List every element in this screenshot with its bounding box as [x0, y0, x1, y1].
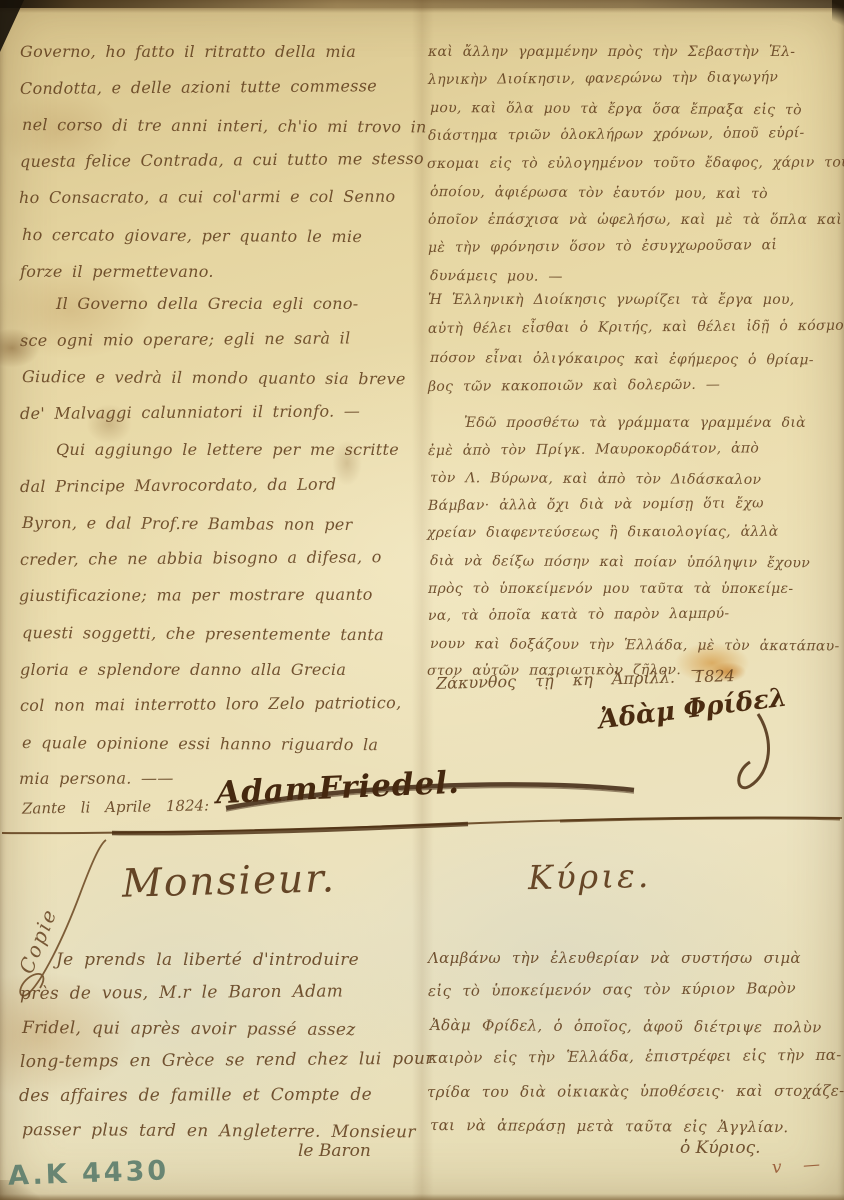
handwritten-line: des affaires de famille et Compte de — [19, 1078, 431, 1113]
handwritten-line: creder, che ne abbia bisogno a difesa, o — [20, 539, 426, 579]
handwritten-line: ται νὰ ἀπεράσῃ μετὰ ταῦτα εἰς Ἀγγλίαν. — [430, 1109, 840, 1145]
french-note-closing: le Baron — [298, 1141, 371, 1161]
handwritten-line: Condotta, e delle azioni tutte commesse — [20, 67, 426, 107]
handwritten-line: πρὸς τὸ ὑποκείμενόν μου ταῦτα τὰ ὑποκείμ… — [428, 576, 838, 604]
handwritten-line: passer plus tard en Angleterre. Monsieur — [22, 1113, 434, 1150]
handwritten-line: Ἐδῶ προσθέτω τὰ γράμματα γραμμένα διὰ — [428, 410, 838, 438]
handwritten-line: de' Malvaggi calunniatori il trionfo. — — [20, 393, 426, 433]
handwritten-line: Ἡ Ἑλληνικὴ Διοίκησις γνωρίζει τὰ ἔργα μο… — [428, 286, 838, 315]
page-top-edge — [0, 0, 844, 8]
handwritten-line: ho cercato giovare, per quanto le mie — [22, 217, 428, 256]
page-corner-top-right — [832, 0, 844, 30]
handwritten-line: ὁποῖον ἐπάσχισα νὰ ὠφελήσω, καὶ μὲ τὰ ὅπ… — [428, 206, 838, 234]
handwritten-line: giustificazione; ma per mostrare quanto — [19, 577, 425, 615]
handwritten-line: près de vous, M.r le Baron Adam — [20, 974, 432, 1011]
handwritten-line: Βάμβαν· ἀλλὰ ὄχι διὰ νὰ νομίσῃ ὅτι ἔχω — [428, 490, 838, 521]
italian-paragraph-1: Governo, ho fatto il ritratto della miaC… — [20, 34, 426, 290]
handwritten-line: e quale opinione essi hanno riguardo la — [22, 725, 428, 764]
handwritten-line: col non mai interrotto loro Zelo patriot… — [20, 685, 426, 725]
page-top-edge-shadow — [0, 8, 844, 13]
handwritten-line: Λαμβάνω τὴν ἐλευθερίαν νὰ συστήσω σιμὰ — [428, 942, 838, 975]
adam-friedel-greek-signature: Ἀδὰμ Φρίδελ — [597, 683, 789, 736]
archive-number-pencil: A.K 4430 — [8, 1155, 170, 1192]
handwritten-line: questi soggetti, che presentemente tanta — [22, 615, 428, 654]
french-note-body: Je prends la liberté d'introduireprès de… — [20, 943, 432, 1147]
manuscript-page: Governo, ho fatto il ritratto della miaC… — [0, 0, 844, 1200]
page-bottom-edge — [0, 1194, 844, 1200]
handwritten-line: τρίδα του διὰ οἰκιακὰς ὑποθέσεις· καὶ στ… — [427, 1074, 837, 1109]
handwritten-line: ho Consacrato, a cui col'armi e col Senn… — [19, 179, 425, 217]
handwritten-line: αὐτὴ θέλει εἶσθαι ὁ Κριτής, καὶ θέλει ἰδ… — [428, 312, 838, 344]
handwritten-line: διάστημα τριῶν ὁλοκλήρων χρόνων, ὁποῦ εὑ… — [428, 119, 838, 150]
handwritten-line: να, τὰ ὁποῖα κατὰ τὸ παρὸν λαμπρύ- — [428, 600, 838, 631]
handwritten-line: καιρὸν εἰς τὴν Ἑλλάδα, ἐπιστρέφει εἰς τὴ… — [428, 1039, 838, 1076]
greek-signature-flourish — [728, 710, 788, 800]
handwritten-line: ληνικὴν Διοίκησιν, φανερώνω τὴν διαγωγήν — [428, 63, 838, 94]
handwritten-line: εἰς τὸ ὑποκείμενόν σας τὸν κύριον Βαρὸν — [428, 972, 838, 1009]
greek-note-closing: ὁ Κύριος. — [680, 1138, 761, 1158]
handwritten-line: χρείαν διαφεντεύσεως ἢ δικαιολογίας, ἀλλ… — [427, 519, 837, 548]
handwritten-line: Il Governo della Grecia egli cono- — [20, 286, 426, 323]
handwritten-line: ὁποίου, ἀφιέρωσα τὸν ἑαυτόν μου, καὶ τὸ — [430, 178, 840, 209]
handwritten-line: dal Principe Mavrocordato, da Lord — [20, 465, 426, 505]
handwritten-line: ἐμὲ ἀπὸ τὸν Πρίγκ. Μαυροκορδάτον, ἀπὸ — [428, 434, 838, 465]
italian-paragraph-3: Qui aggiungo le lettere per me scritteda… — [20, 432, 426, 798]
handwritten-line: βος τῶν κακοποιῶν καὶ δολερῶν. — — [428, 370, 838, 402]
handwritten-line: long-temps en Grèce se rend chez lui pou… — [20, 1042, 432, 1079]
handwritten-line: sce ogni mio operare; egli ne sarà il — [20, 319, 426, 359]
handwritten-line: gloria e splendore danno alla Grecia — [20, 652, 426, 689]
collation-mark: v — — [771, 1154, 828, 1178]
handwritten-line: Qui aggiungo le lettere per me scritte — [20, 432, 426, 469]
greek-paragraph-1: καὶ ἄλλην γραμμένην πρὸς τὴν Σεβαστὴν Ἑλ… — [428, 38, 838, 290]
handwritten-line: σκομαι εἰς τὸ εὐλογημένον τοῦτο ἔδαφος, … — [427, 149, 837, 178]
handwritten-line: μὲ τὴν φρόνησιν ὅσον τὸ ἐσυγχωροῦσαν αἱ — [428, 231, 838, 262]
italian-paragraph-2: Il Governo della Grecia egli cono-sce og… — [20, 286, 426, 432]
greek-note-body: Λαμβάνω τὴν ἐλευθερίαν νὰ συστήσω σιμὰεἰ… — [428, 942, 838, 1142]
handwritten-line: Je prends la liberté d'introduire — [20, 943, 432, 977]
handwritten-line: questa felice Contrada, a cui tutto me s… — [20, 141, 426, 181]
handwritten-line: διὰ νὰ δείξω πόσην καὶ ποίαν ὑπόληψιν ἔχ… — [430, 548, 840, 578]
greek-salutation-heading: Κύριε. — [528, 856, 652, 897]
greek-paragraph-2: Ἡ Ἑλληνικὴ Διοίκησις γνωρίζει τὰ ἔργα μο… — [428, 286, 838, 402]
french-salutation-heading: Monsieur. — [121, 856, 336, 907]
handwritten-line: Governo, ho fatto il ritratto della mia — [20, 34, 426, 71]
greek-paragraph-3: Ἐδῶ προσθέτω τὰ γράμματα γραμμένα διὰἐμὲ… — [428, 410, 838, 686]
handwritten-line: καὶ ἄλλην γραμμένην πρὸς τὴν Σεβαστὴν Ἑλ… — [428, 38, 838, 66]
handwritten-line: forze il permettevano. — [20, 254, 426, 291]
